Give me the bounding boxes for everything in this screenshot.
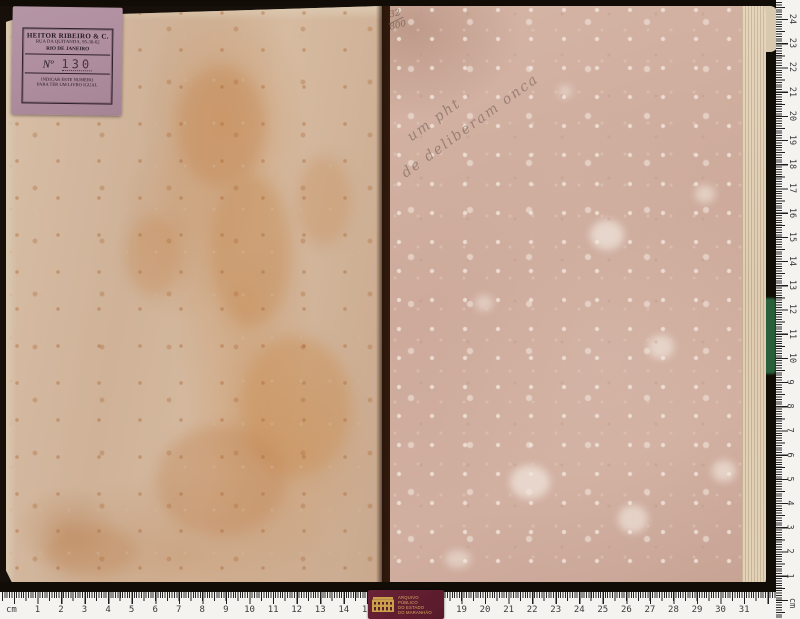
ruler-number: 2 [58, 605, 63, 615]
foxing-stain [241, 336, 351, 476]
ruler-number: 22 [787, 62, 797, 72]
foxing-stain [46, 526, 136, 576]
ruler-number: 3 [785, 525, 795, 530]
mold-spot [712, 460, 736, 482]
ruler-number: 1 [785, 573, 795, 578]
ruler-number: 7 [176, 605, 181, 615]
archive-line-4: DO MARANHÃO [398, 610, 432, 615]
ruler-number: cm [6, 605, 17, 615]
ruler-number: 14 [787, 256, 797, 266]
ruler-number: 15 [787, 232, 797, 242]
ruler-number: 28 [668, 605, 679, 615]
bookseller-label: HEITOR RIBEIRO & C. RUA DA QUITANDA, 95-… [11, 6, 122, 116]
ruler-number: 17 [787, 183, 797, 193]
number-label: Nº [43, 60, 54, 71]
ruler-number: 4 [105, 605, 110, 615]
palace-building-icon [371, 596, 395, 613]
ruler-number: 20 [787, 111, 797, 121]
ruler-number: 11 [268, 605, 279, 615]
ruler-number: 23 [787, 38, 797, 48]
stamped-number: 130 [61, 58, 92, 71]
ruler-number: 30 [715, 605, 726, 615]
ruler-number: 29 [692, 605, 703, 615]
ruler-number: 6 [152, 605, 157, 615]
foxing-stain [156, 426, 286, 536]
ruler-number: 21 [787, 86, 797, 96]
ruler-number: 19 [456, 605, 467, 615]
bookseller-label-frame: HEITOR RIBEIRO & C. RUA DA QUITANDA, 95-… [21, 27, 113, 104]
ruler-number: 2 [785, 549, 795, 554]
ruler-number: 5 [129, 605, 134, 615]
ruler-number: 1 [35, 605, 40, 615]
mold-spot [618, 505, 648, 533]
ruler-number: 9 [223, 605, 228, 615]
note-line-1: INDICAR ESTE NUMERO [41, 76, 93, 82]
ruler-number: 11 [787, 328, 797, 338]
archive-stamp: ARQUIVO PÚBLICO DO ESTADO DO MARANHÃO [368, 590, 444, 619]
foxing-stain [126, 216, 181, 296]
ruler-number: 16 [787, 207, 797, 217]
fore-edge [742, 4, 766, 588]
ruler-number: 10 [787, 353, 797, 363]
mold-spot [445, 550, 471, 568]
ruler-number: 8 [785, 404, 795, 409]
ruler-number: 13 [315, 605, 326, 615]
top-shadow [0, 0, 778, 6]
ruler-number: 26 [621, 605, 632, 615]
ruler-number: 5 [785, 476, 795, 481]
mold-spot [590, 220, 624, 250]
right-page [390, 5, 746, 586]
foxing-stain [211, 176, 291, 326]
ruler-number: 8 [200, 605, 205, 615]
ruler-number: 13 [787, 280, 797, 290]
bookseller-note: INDICAR ESTE NUMERO PARA TER UM LIVRO IG… [25, 73, 110, 88]
foxing-stain [296, 156, 351, 246]
ruler-number: 3 [82, 605, 87, 615]
ruler-number: 27 [645, 605, 656, 615]
mold-spot [558, 85, 572, 98]
mold-spot [648, 335, 674, 359]
right-ruler: cm12345678910111213141516171819202122232… [776, 0, 800, 619]
mold-spot [475, 295, 493, 311]
ruler-number: 25 [597, 605, 608, 615]
ruler-number: 19 [787, 135, 797, 145]
ruler-number: 7 [785, 428, 795, 433]
ruler-number: 24 [787, 14, 797, 24]
ruler-number: 24 [574, 605, 585, 615]
ruler-number: 6 [785, 452, 795, 457]
ruler-number: 12 [787, 304, 797, 314]
ruler-number: 10 [244, 605, 255, 615]
ruler-number: 18 [787, 159, 797, 169]
mold-spot [695, 185, 715, 203]
ruler-number: 20 [480, 605, 491, 615]
ruler-number: cm [787, 598, 797, 608]
ruler-number: 21 [503, 605, 514, 615]
ruler-number: 23 [550, 605, 561, 615]
archive-stamp-text: ARQUIVO PÚBLICO DO ESTADO DO MARANHÃO [398, 595, 432, 615]
ruler-number: 9 [785, 379, 795, 384]
ruler-number: 4 [785, 500, 795, 505]
ruler-number: 31 [739, 605, 750, 615]
foxing-stain [176, 66, 266, 186]
ruler-number: 12 [291, 605, 302, 615]
ruler-number: 22 [527, 605, 538, 615]
book-scan: HEITOR RIBEIRO & C. RUA DA QUITANDA, 95-… [0, 0, 800, 619]
mold-spot [510, 465, 550, 499]
bookseller-number-row: Nº 130 [25, 54, 110, 74]
ruler-number: 14 [338, 605, 349, 615]
note-line-2: PARA TER UM LIVRO IGUAL [37, 82, 98, 88]
